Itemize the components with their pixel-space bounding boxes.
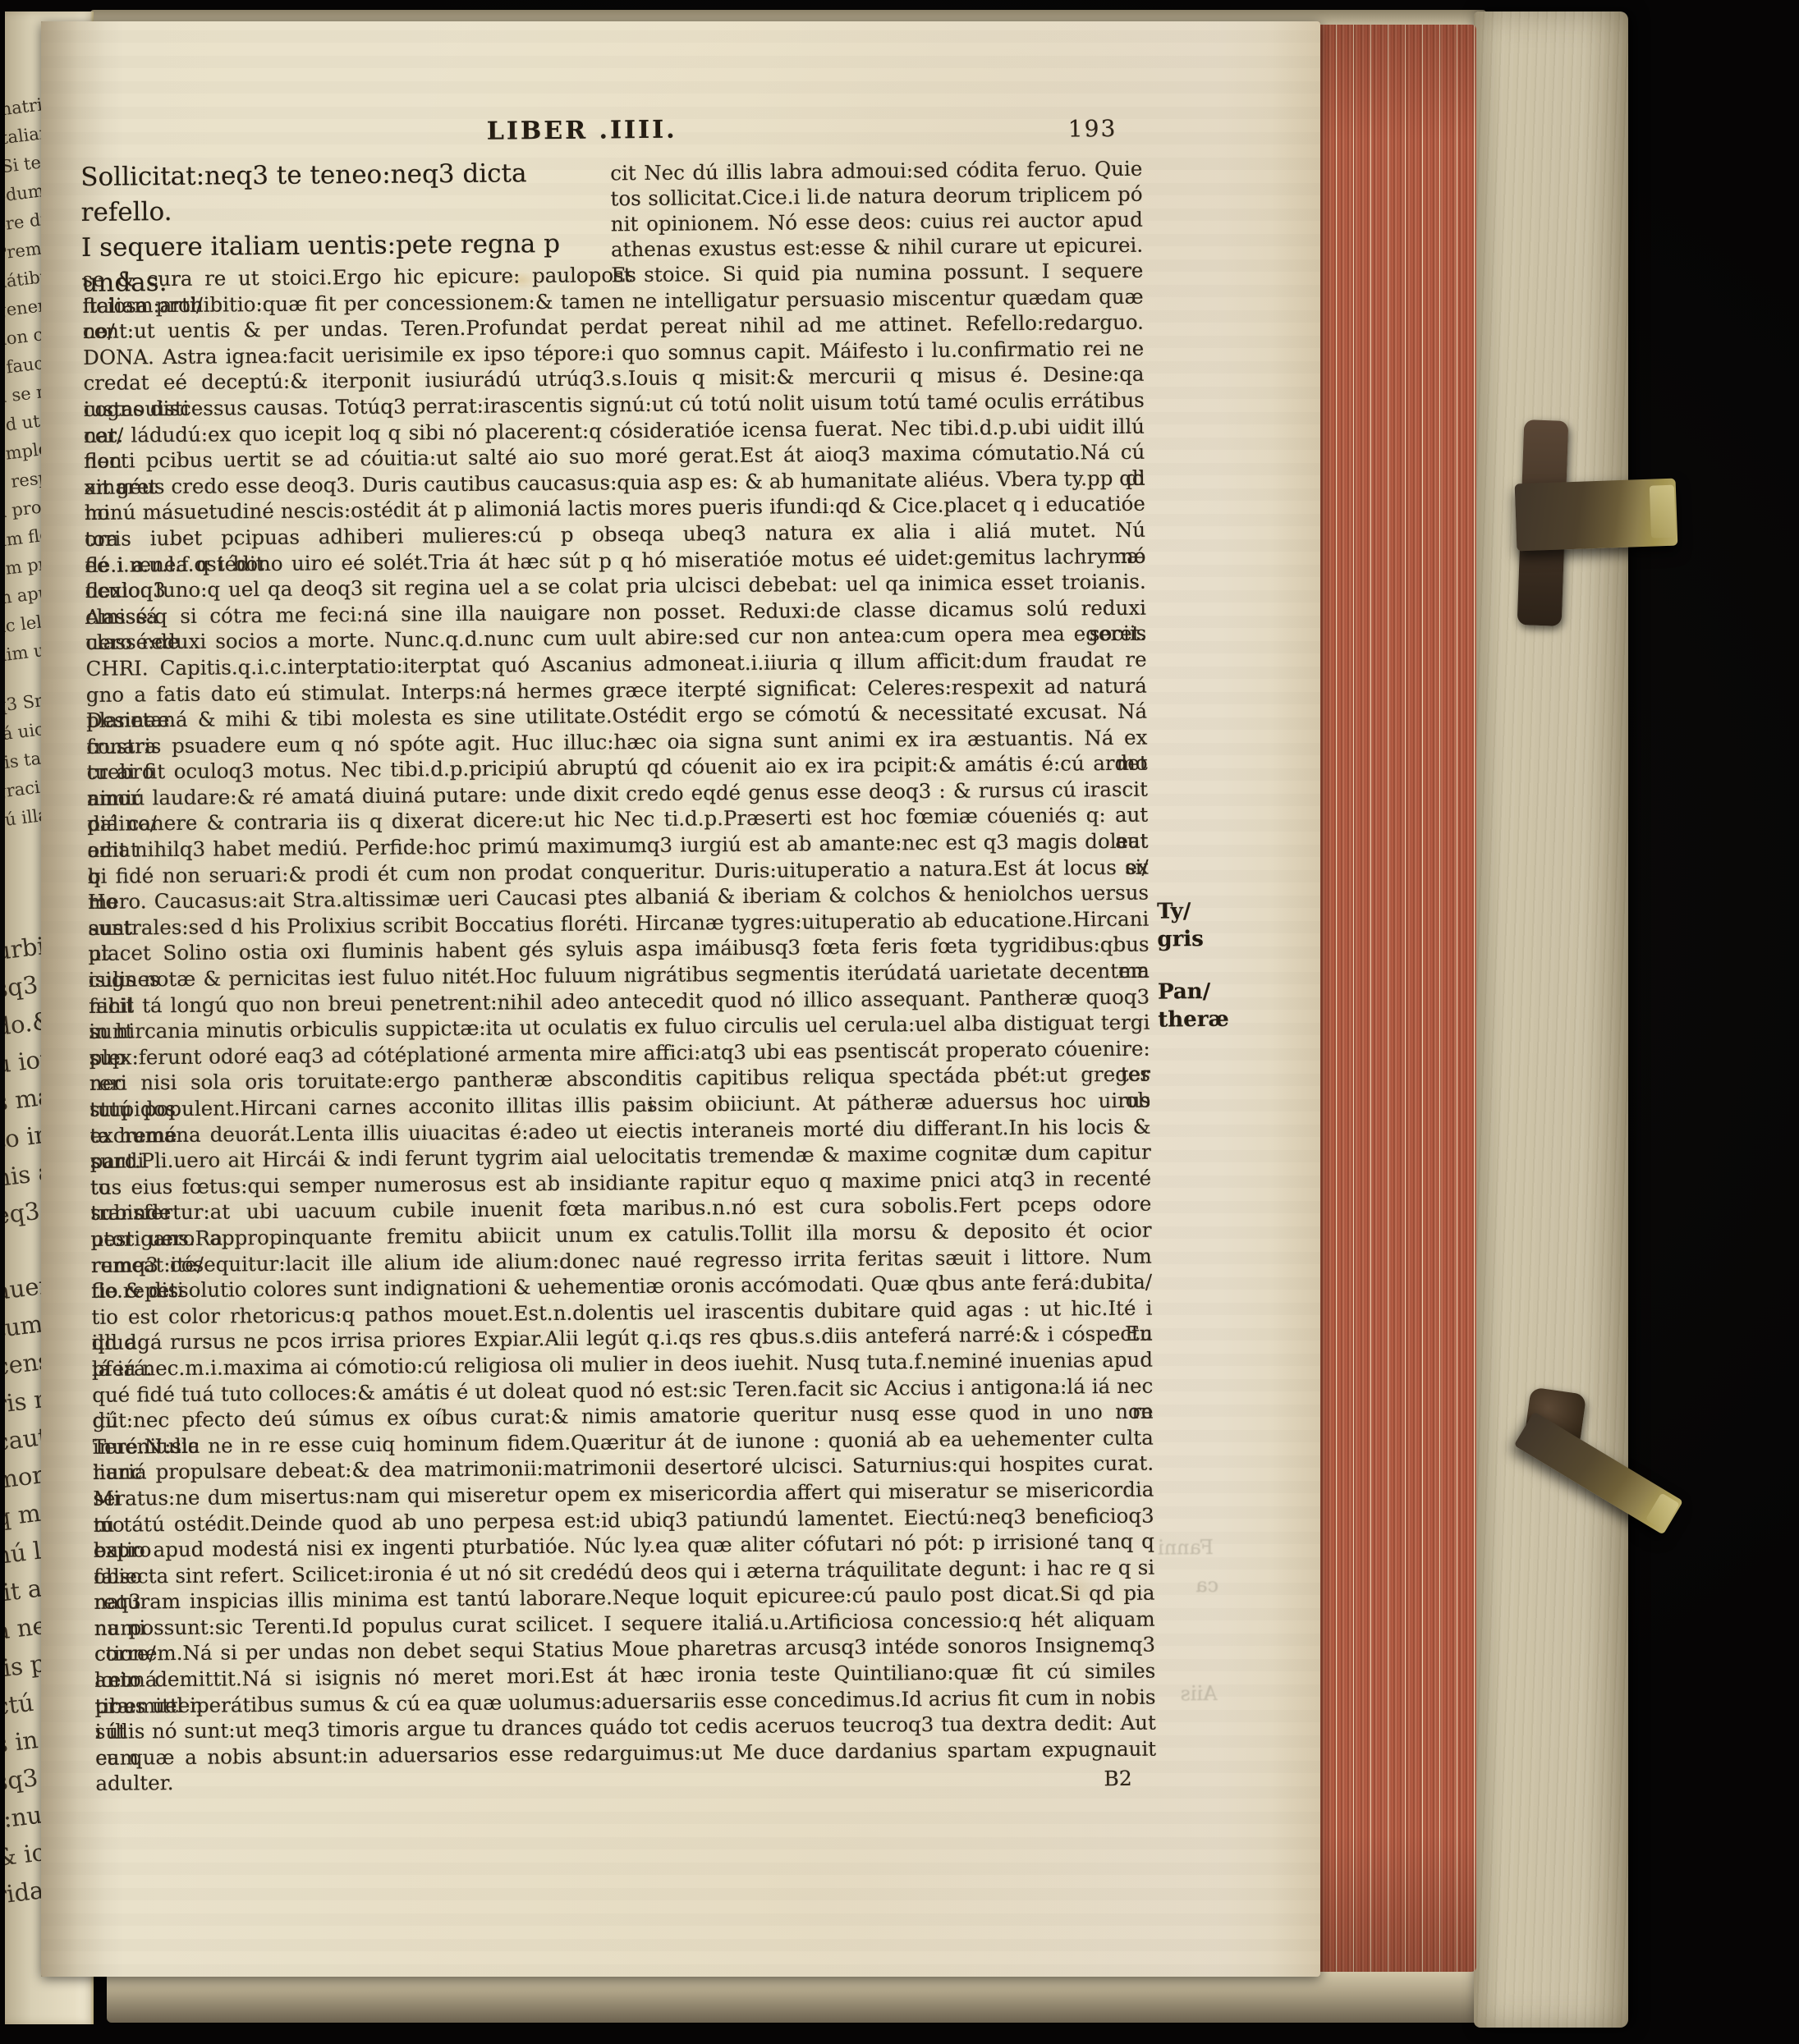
clasp-strap-top [1515, 479, 1678, 552]
showthrough-text: ca [1196, 1574, 1218, 1597]
commentary-body-block: se & cura re ut stoici.Ergo hic epicure:… [82, 258, 1156, 1771]
margin-note-pantherae-1: Pan/ [1158, 979, 1210, 1005]
vellum-cover [1474, 11, 1628, 2028]
margin-note-tygris-1: Ty/ [1157, 899, 1191, 923]
showthrough-text: Fanni [1158, 1536, 1214, 1560]
book-photo: { "page": { "header": "LIBER .IIII.", "p… [0, 0, 1799, 2044]
running-header: LIBER .IIII. [487, 116, 677, 146]
quire-signature: B2 [1104, 1767, 1132, 1790]
red-fore-edge [1319, 25, 1476, 1972]
printed-ink-layer: LIBER .IIII. 193 Sollicitat:neq3 te tene… [34, 15, 1331, 1982]
page-number: 193 [1068, 115, 1117, 143]
book-page: LIBER .IIII. 193 Sollicitat:neq3 te tene… [41, 21, 1320, 1977]
lemma-line: Sollicitat:neq3 te teneo:neq3 dicta refe… [80, 155, 613, 231]
showthrough-text: Aiis [1180, 1682, 1217, 1705]
margin-note-tygris-2: gris [1157, 927, 1204, 951]
margin-note-pantherae-2: theræ [1158, 1007, 1229, 1033]
